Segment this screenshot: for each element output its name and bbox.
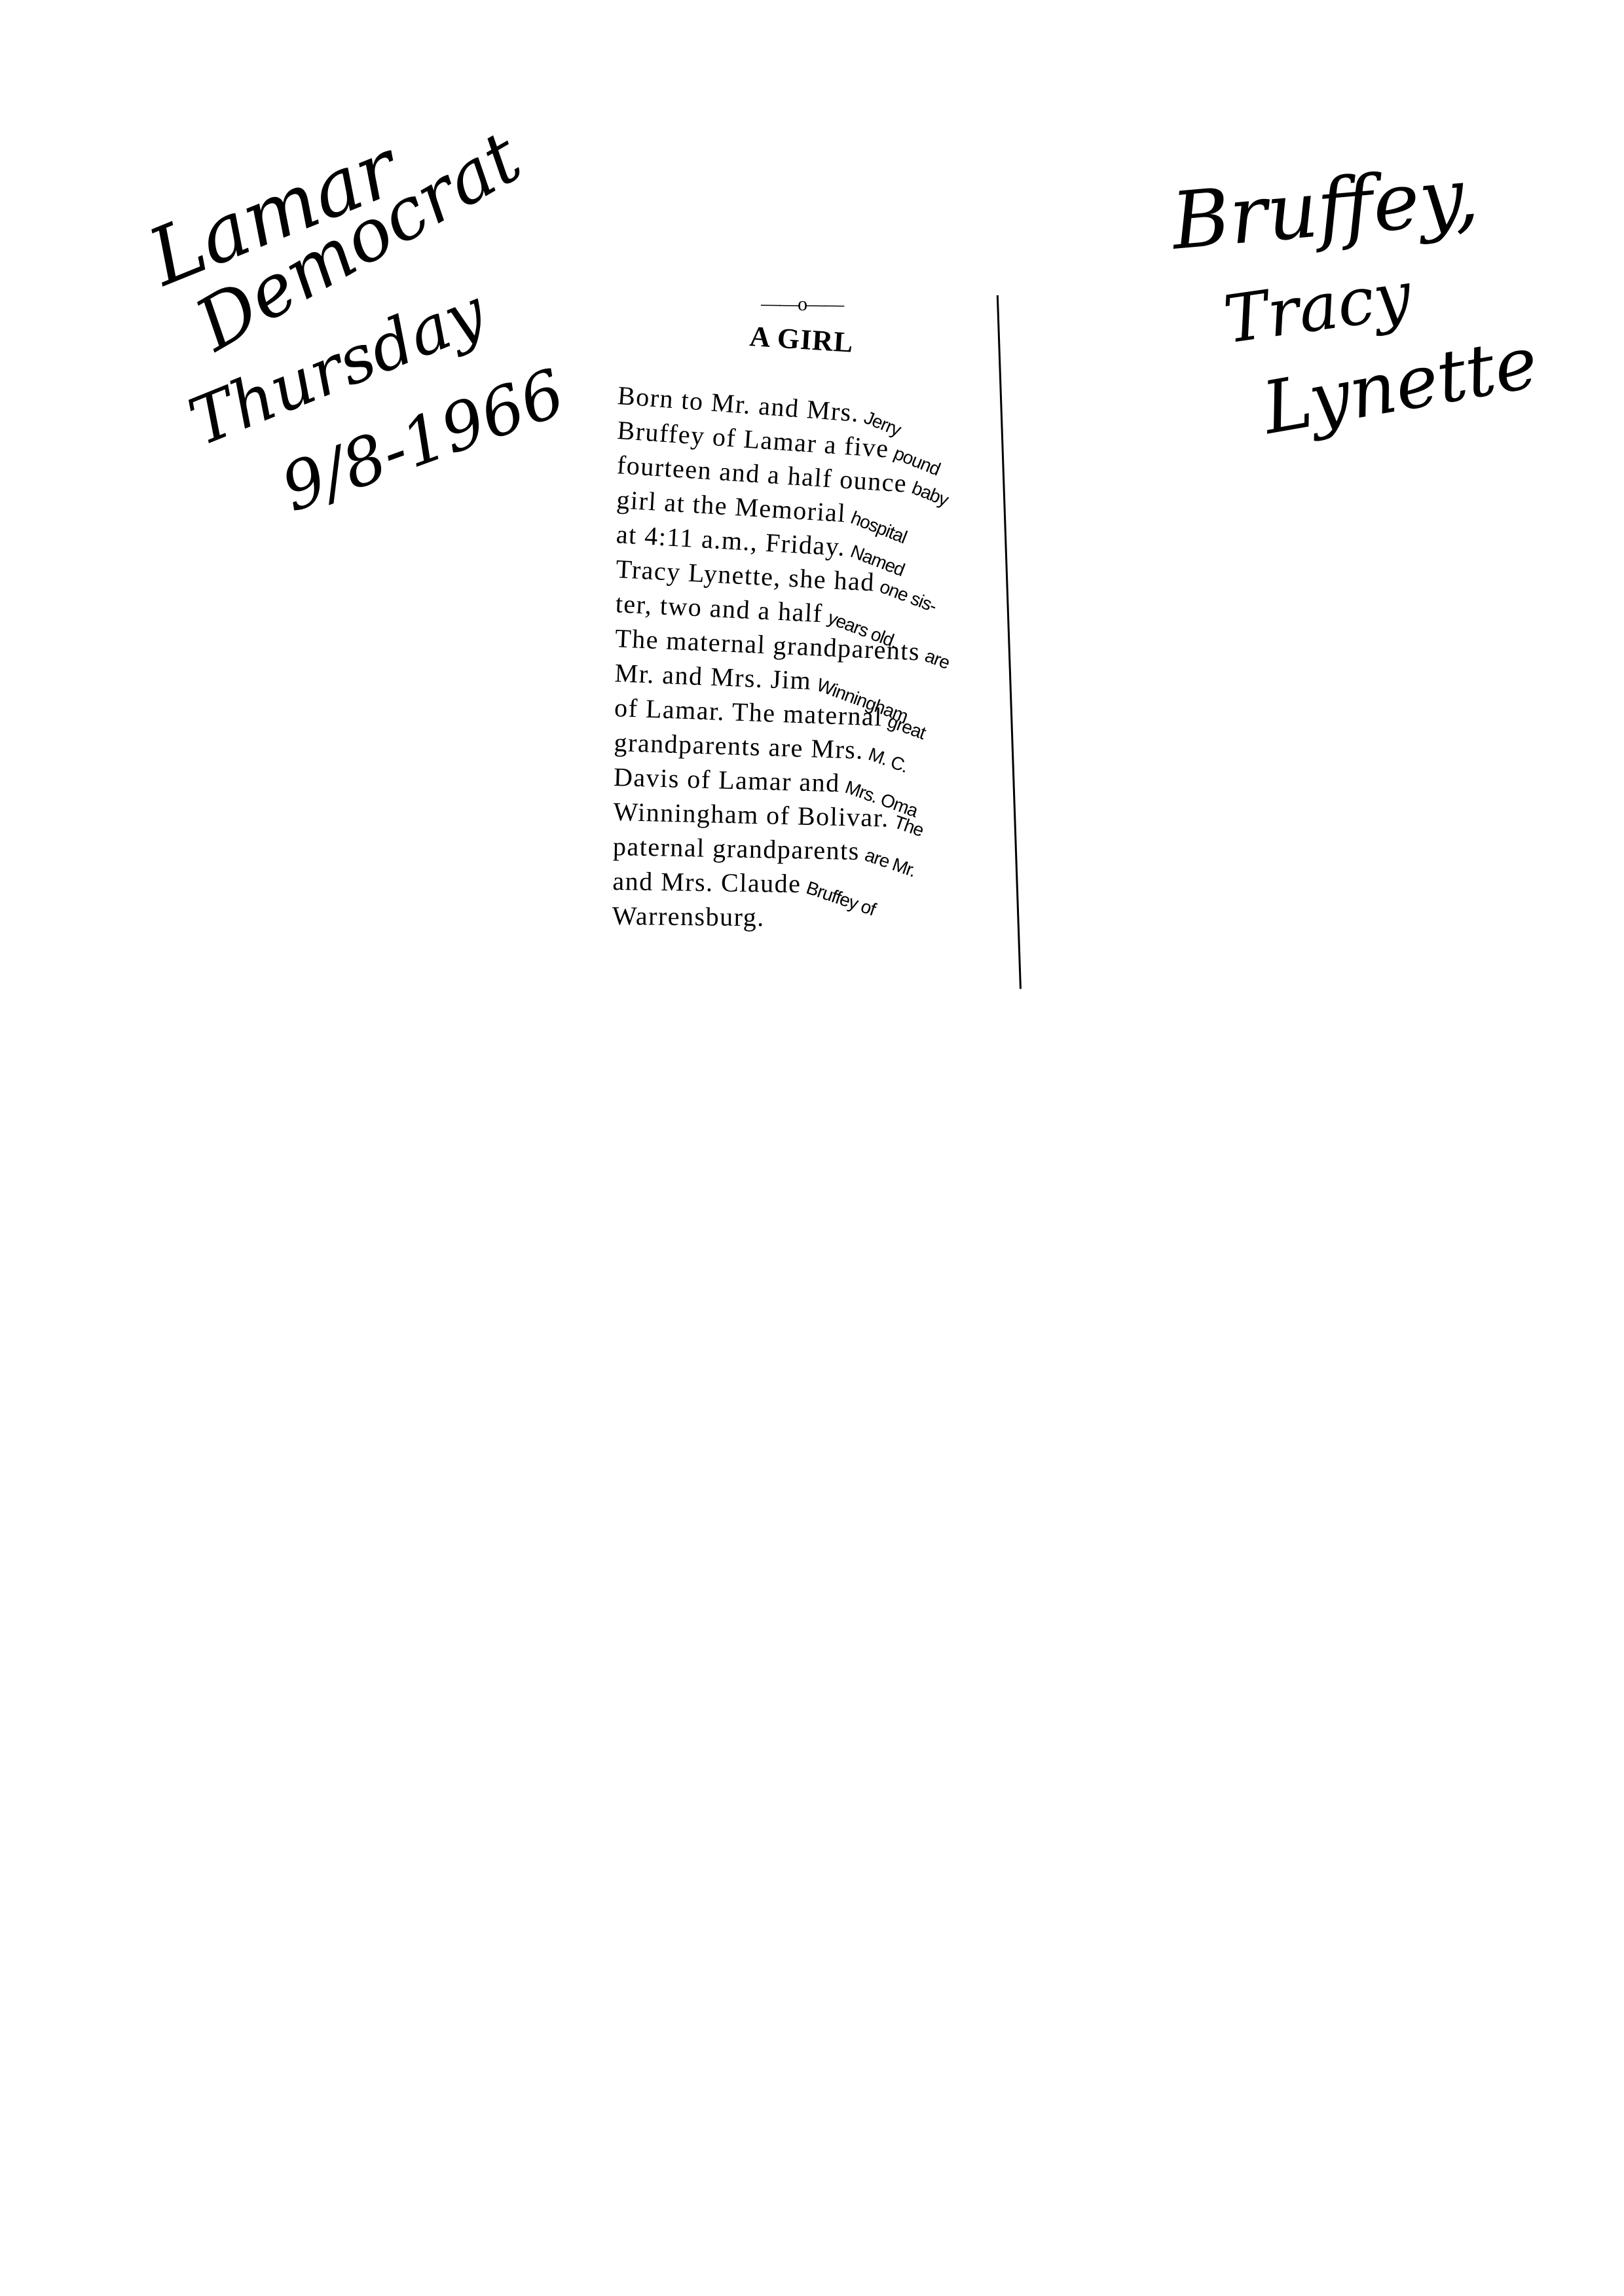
note-first-name: Tracy	[1220, 263, 1415, 354]
clipping-body: Born to Mr. and Mrs.JerryBruffey of Lama…	[612, 380, 1011, 939]
newspaper-clipping: ——o—— A GIRL Born to Mr. and Mrs.JerryBr…	[612, 282, 1025, 993]
clipping-line: Warrensburg.	[612, 900, 1006, 939]
clipping-line-text: grandparents are Mrs.	[614, 727, 864, 765]
clipping-line-text: Davis of Lamar and	[614, 762, 841, 797]
handwritten-source-note: Lamar Democrat Thursday 9/8-1966	[141, 196, 507, 511]
note-surname: Bruffey,	[1169, 156, 1482, 261]
clipping-line-text: Warrensburg.	[612, 901, 765, 932]
clipping-line-text: and Mrs. Claude	[612, 866, 802, 898]
handwritten-name-note: Bruffey, Tracy Lynette	[1166, 170, 1506, 458]
clipping-line: and Mrs. ClaudeBruffey of	[612, 866, 1006, 906]
clipping-line-text: Mr. and Mrs. Jim	[614, 658, 812, 695]
section-divider: ——o——	[749, 293, 854, 316]
clipping-line-text: paternal grandparents	[613, 831, 860, 866]
clipping-line-text: Winningham of Bolivar.	[613, 797, 889, 833]
clipping-headline: A GIRL	[748, 319, 855, 359]
